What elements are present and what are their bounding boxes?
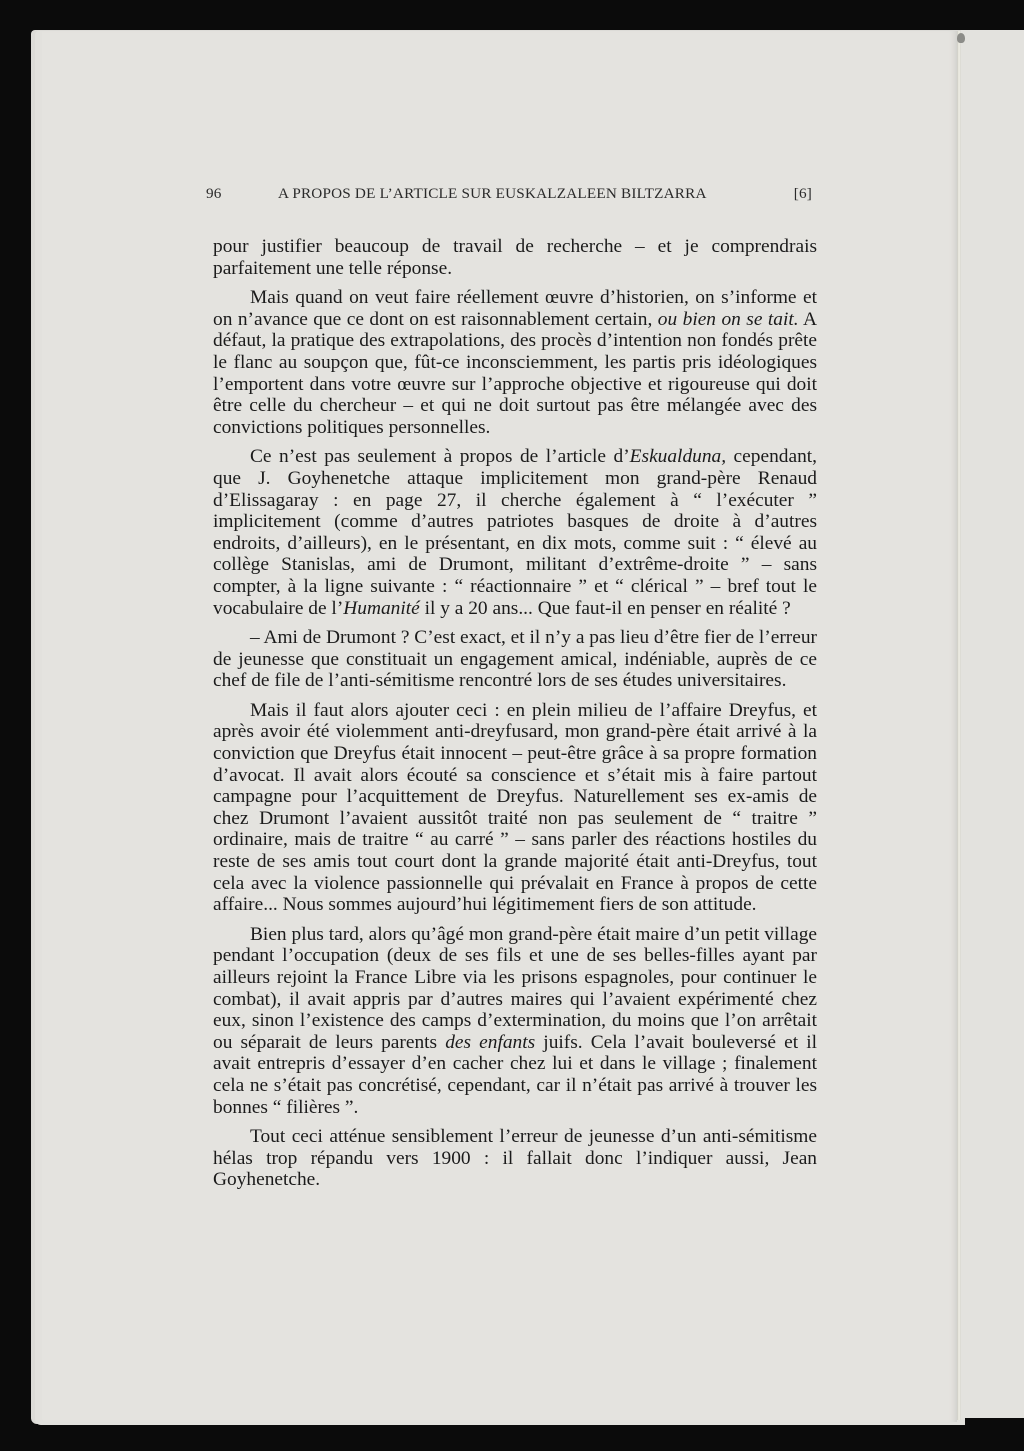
text-run: Ce n’est pas seulement à propos de l’art… — [250, 446, 630, 467]
paragraph: Bien plus tard, alors qu’âgé mon grand-p… — [213, 924, 817, 1118]
running-title: A PROPOS DE L’ARTICLE SUR EUSKALZALEEN B… — [278, 185, 707, 203]
binding-mark-icon — [957, 33, 965, 43]
italic-text: Eskualduna, — [630, 446, 726, 467]
italic-text: ou bien on se tait. — [658, 309, 799, 330]
paragraph: – Ami de Drumont ? C’est exact, et il n’… — [213, 627, 817, 692]
text-run: – Ami de Drumont ? C’est exact, et il n’… — [213, 627, 817, 691]
text-run: Tout ceci atténue sensiblement l’erreur … — [213, 1126, 817, 1190]
paragraph: pour justifier beaucoup de travail de re… — [213, 236, 817, 279]
page-number: 96 — [206, 185, 222, 203]
body-text: pour justifier beaucoup de travail de re… — [213, 236, 817, 1199]
italic-text: des enfants — [445, 1032, 535, 1053]
italic-text: Humanité — [343, 598, 419, 619]
text-run: Mais il faut alors ajouter ceci : en ple… — [213, 700, 817, 915]
section-number: [6] — [794, 185, 812, 203]
facing-page-edge — [961, 30, 1024, 1418]
text-run: il y a 20 ans... Que faut-il en penser e… — [420, 598, 791, 619]
paragraph: Mais il faut alors ajouter ceci : en ple… — [213, 700, 817, 916]
running-head: 96 A PROPOS DE L’ARTICLE SUR EUSKALZALEE… — [206, 185, 812, 205]
text-run: cependant, que J. Goyhenetche attaque im… — [213, 446, 817, 618]
text-run: pour justifier beaucoup de travail de re… — [213, 236, 817, 279]
paragraph: Mais quand on veut faire réellement œuvr… — [213, 287, 817, 438]
paragraph: Ce n’est pas seulement à propos de l’art… — [213, 446, 817, 619]
paragraph: Tout ceci atténue sensiblement l’erreur … — [213, 1126, 817, 1191]
